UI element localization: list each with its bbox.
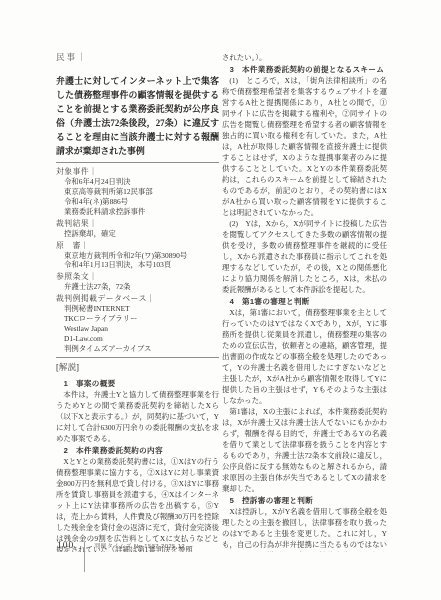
case-info-line: D1-Law.com xyxy=(56,334,219,344)
divider-top xyxy=(56,162,219,163)
case-info-line: 令和4年(ネ)第886号 xyxy=(56,197,219,207)
journal-page: 民事｜ 弁護士に対してインターネット上で集客した債務整理事件の顧客情報を提供する… xyxy=(0,0,441,600)
case-info-line: 東京地方裁判所令和2年(ワ)第30890号 xyxy=(56,251,219,261)
case-info-group-databases: 裁判例掲載データベース｜ 判例秘書INTERNET TKCローライブラリー We… xyxy=(56,294,219,354)
case-info-line: 弁護士法27条，72条 xyxy=(56,282,219,292)
case-info-line: TKCローライブラリー xyxy=(56,314,219,324)
continuation-line: されたい。）。 xyxy=(222,52,387,63)
case-info-group-target: 対象事件｜ 令和6年4月24日判決 東京高等裁判所第12民事部 令和4年(ネ)第… xyxy=(56,167,219,217)
section-3-paragraph-1: (1) ところで，Xは，「街角法律相談所」の名称で債務整理希望者を集客するウェブ… xyxy=(222,75,387,218)
case-info-block: 対象事件｜ 令和6年4月24日判決 東京高等裁判所第12民事部 令和4年(ネ)第… xyxy=(56,167,219,354)
section-4-paragraph-1: Xは，第1審において，債務整理事業を主として行っていたのはYではなくXであり，X… xyxy=(222,307,387,406)
right-column: されたい。）。 3 本件業務委託契約の前提となるスキーム (1) ところで，Xは… xyxy=(222,52,387,552)
case-info-line: Westlaw Japan xyxy=(56,324,219,334)
divider-commentary xyxy=(56,357,219,358)
commentary-header: [解説] xyxy=(56,362,219,373)
case-info-label: 原 審｜ xyxy=(56,241,219,251)
case-info-label: 対象事件｜ xyxy=(56,167,219,177)
case-info-line: 業務委託料請求控訴事件 xyxy=(56,207,219,217)
section-3-paragraph-2: (2) Yは，Xから，Xが同サイトに投稿した広告を閲覧してアクセスしてきた多数の… xyxy=(222,218,387,295)
case-info-group-lower-court: 原 審｜ 東京地方裁判所令和2年(ワ)第30890号 令和4年1月13日判決，本… xyxy=(56,241,219,271)
section-heading-2: 2 本件業務委託契約の内容 xyxy=(56,445,219,456)
section-4-paragraph-2: 第1審は，Xの主張によれば，本件業務委託契約は，Xが弁護士又は弁護士法人でないに… xyxy=(222,406,387,494)
section-heading-5: 5 控訴審の審理と判断 xyxy=(222,495,387,506)
case-info-line: 控訴棄却，確定 xyxy=(56,229,219,239)
section-heading-3: 3 本件業務委託契約の前提となるスキーム xyxy=(222,64,387,75)
section-5-paragraph-1: Xは控訴し，XがY名義を借用して事務全般を処理したとの主張を撤回し，法律事務を取… xyxy=(222,506,387,552)
case-info-line: 判例秘書INTERNET xyxy=(56,304,219,314)
section-2-paragraph: XとYとの業務委託契約書には，①XはYの行う債務整理事業に協力する，②XはYに対… xyxy=(56,456,219,552)
page-footer: 100 判例タイムズ No.1537 2025.12 xyxy=(57,541,185,572)
category-label: 民事｜ xyxy=(56,52,219,62)
case-info-line: 判例タイムズアーカイブス xyxy=(56,344,219,354)
case-info-line: 令和4年1月13日判決，本号103頁 xyxy=(56,260,219,270)
case-info-line: 東京高等裁判所第12民事部 xyxy=(56,187,219,197)
case-info-line: 令和6年4月24日判決 xyxy=(56,177,219,187)
case-info-label: 裁判結果｜ xyxy=(56,219,219,229)
case-info-group-statutes: 参照条文｜ 弁護士法27条，72条 xyxy=(56,272,219,292)
section-1-paragraph: 本件は，弁護士Yと協力して債務整理事業を行うためYとの間で業務委託契約を締結した… xyxy=(56,389,219,444)
case-info-group-result: 裁判結果｜ 控訴棄却，確定 xyxy=(56,219,219,239)
case-info-label: 裁判例掲載データベース｜ xyxy=(56,294,219,304)
left-column: 民事｜ 弁護士に対してインターネット上で集客した債務整理事件の顧客情報を提供する… xyxy=(56,52,219,552)
case-title: 弁護士に対してインターネット上で集客した債務整理事件の顧客情報を提供することを前… xyxy=(56,74,219,158)
journal-reference: 判例タイムズ No.1537 2025.12 xyxy=(94,543,185,551)
page-number: 100 xyxy=(57,541,74,552)
section-heading-1: 1 事案の概要 xyxy=(56,378,219,389)
case-info-label: 参照条文｜ xyxy=(56,272,219,282)
footer-divider-line xyxy=(84,542,85,572)
section-heading-4: 4 第1審の審理と判断 xyxy=(222,296,387,307)
